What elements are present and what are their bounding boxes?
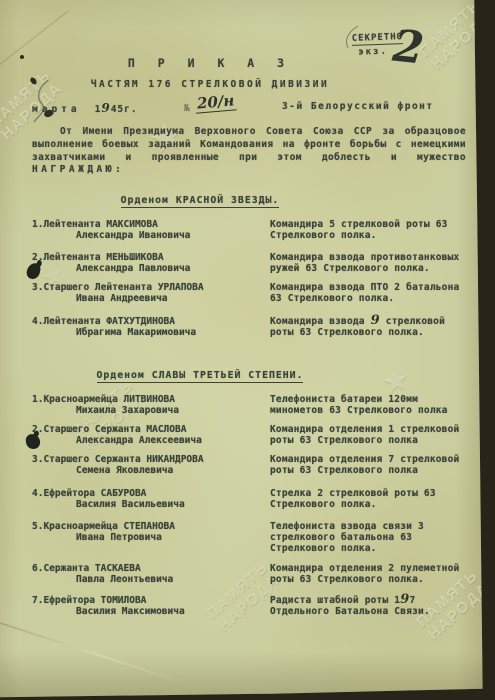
preamble-paragraph: От Имени Президиума Верховного Совета Со… bbox=[32, 126, 466, 177]
awardee: 6.Сержанта ТАСКАЕВАПавла Леонтьевича bbox=[32, 563, 270, 585]
document-title: П Р И К А З bbox=[0, 56, 420, 70]
front-name: 3-й Белорусский фронт bbox=[282, 101, 434, 112]
awardee: 1.Красноармейца ЛИТВИНОВАМихаила Захаров… bbox=[32, 394, 270, 416]
archive-watermark: ПАМЯТЬ НАРОДА bbox=[416, 0, 495, 73]
document-subtitle: ЧАСТЯМ 176 СТРЕЛКОВОЙ ДИВИЗИИ bbox=[0, 79, 420, 90]
watermark-line2: НАРОДА bbox=[428, 9, 495, 73]
award-entry: 4.Ефрейтора САБУРОВАВасилия Васильевича … bbox=[32, 488, 472, 510]
award-position: Стрелка 2 стрелковой роты 63 Стрелкового… bbox=[270, 488, 472, 510]
award-position: Командира взвода ПТО 2 батальона 63 Стре… bbox=[270, 282, 472, 304]
award-entry: 2.Старшего Сержанта МАСЛОВААлександра Ал… bbox=[32, 424, 472, 446]
preamble-text: От Имени Президиума Верховного Совета Со… bbox=[32, 126, 466, 163]
award-entry: 6.Сержанта ТАСКАЕВАПавла Леонтьевича Ком… bbox=[32, 563, 472, 585]
order-number-label: № bbox=[184, 103, 190, 114]
watermark-line1: ПАМЯТЬ bbox=[416, 0, 484, 61]
watermark-line1: ПАМЯТЬ bbox=[0, 67, 55, 131]
section-heading-order-of-glory: Орденом СЛАВЫ ТРЕТЬЕЙ СТЕПЕНИ. bbox=[0, 370, 400, 383]
award-position: Командира взвода противотанковых ружей 6… bbox=[270, 252, 472, 274]
award-position: Телефониста батареи 120мм минометов 63 С… bbox=[270, 394, 472, 416]
award-entry: 1.Красноармейца ЛИТВИНОВАМихаила Захаров… bbox=[32, 394, 472, 416]
awardee: 2.Старшего Сержанта МАСЛОВААлександра Ал… bbox=[32, 424, 270, 446]
award-entry: 4.Лейтенанта ФАТХУТДИНОВАИбрагима Макари… bbox=[32, 316, 472, 338]
scanned-document-page: { "stamp": { "secret": "СЕКРЕТНО", "copy… bbox=[0, 0, 495, 700]
handwritten-digit: 9 bbox=[371, 313, 380, 328]
paper-sheet: ПАМЯТЬ НАРОДА ПАМЯТЬ НАРОДА ПАМЯТЬ НАРОД… bbox=[0, 0, 495, 700]
award-entry: 5.Красноармейца СТЕПАНОВАИвана Петровича… bbox=[32, 521, 472, 554]
award-entry: 3.Старшего Сержанта НИКАНДРОВАСемена Яко… bbox=[32, 454, 472, 476]
awardee: 2.Лейтенанта МЕНЬШИКОВААлександра Павлов… bbox=[32, 252, 270, 274]
award-entry: 7.Ефрейтора ТОМИЛОВАВасилия Максимовича … bbox=[32, 595, 472, 617]
section-heading-red-star: Орденом КРАСНОЙ ЗВЕЗДЫ. bbox=[0, 195, 400, 208]
awardee: 4.Ефрейтора САБУРОВАВасилия Васильевича bbox=[32, 488, 270, 510]
award-entry: 3.Старшего Лейтенанта УРЛАПОВАИвана Андр… bbox=[32, 282, 472, 304]
awardee: 3.Старшего Лейтенанта УРЛАПОВАИвана Андр… bbox=[32, 282, 270, 304]
award-position: Телефониста взвода связи 3 стрелкового б… bbox=[270, 521, 472, 554]
date-line: марта1945г. № 20/н 3-й Белорусский фронт bbox=[32, 101, 464, 115]
award-entry: 2.Лейтенанта МЕНЬШИКОВААлександра Павлов… bbox=[32, 252, 472, 274]
handwritten-order-number: 20/н bbox=[194, 91, 237, 114]
handwritten-year-digit: 9 bbox=[101, 101, 110, 115]
award-position: Командира отделения 1 стрелковой роты 63… bbox=[270, 424, 472, 446]
award-declaration: НАГРАЖДАЮ: bbox=[32, 164, 124, 175]
date-year: 1945г. bbox=[95, 104, 138, 115]
award-position: Командира отделения 2 пулеметной роты 63… bbox=[270, 563, 472, 585]
date-month: марта bbox=[32, 104, 81, 115]
awardee: 7.Ефрейтора ТОМИЛОВАВасилия Максимовича bbox=[32, 595, 270, 617]
award-position: Радиста штабной роты 197 Отдельного Бата… bbox=[270, 595, 472, 617]
award-position: Командира взвода 9 стрелковой роты 63 Ст… bbox=[270, 316, 472, 338]
awardee: 1.Лейтенанта МАКСИМОВААлександра Иванови… bbox=[32, 219, 270, 241]
award-list-red-star: 1.Лейтенанта МАКСИМОВААлександра Иванови… bbox=[32, 219, 472, 338]
awardee: 3.Старшего Сержанта НИКАНДРОВАСемена Яко… bbox=[32, 454, 270, 476]
awardee: 4.Лейтенанта ФАТХУТДИНОВАИбрагима Макари… bbox=[32, 316, 270, 338]
award-entry: 1.Лейтенанта МАКСИМОВААлександра Иванови… bbox=[32, 219, 472, 241]
award-position: Командира 5 стрелковой роты 63 Стрелково… bbox=[270, 219, 472, 241]
award-position: Командира отделения 7 стрелковой роты 63… bbox=[270, 454, 472, 476]
award-list-order-of-glory: 1.Красноармейца ЛИТВИНОВАМихаила Захаров… bbox=[32, 394, 472, 617]
paper-crease bbox=[0, 614, 185, 684]
awardee: 5.Красноармейца СТЕПАНОВАИвана Петровича bbox=[32, 521, 270, 554]
